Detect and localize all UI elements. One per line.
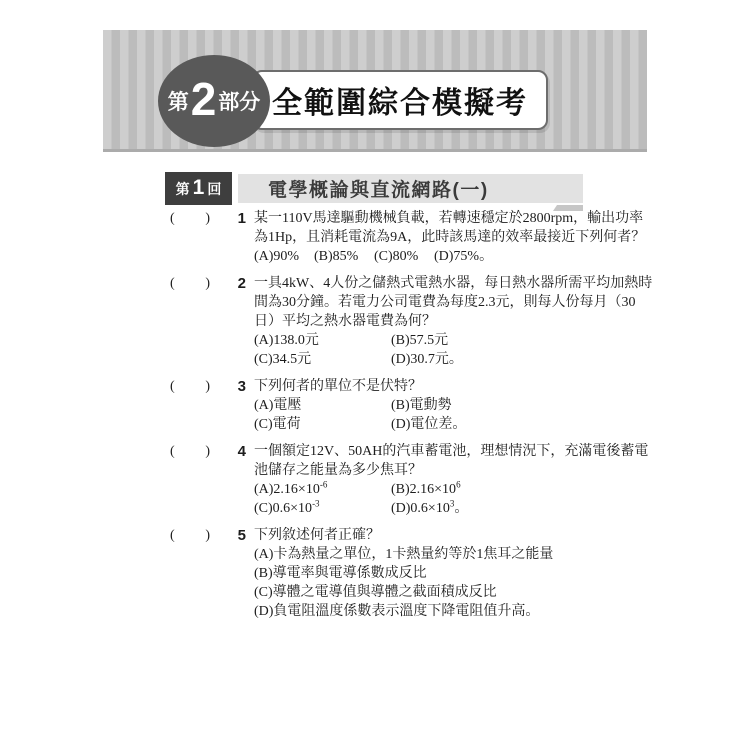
options-grid: (A)2.16×10-6(B)2.16×106(C)0.6×10-3(D)0.6… — [254, 480, 590, 518]
option: (D)負電阻溫度係數表示溫度下降電阻值升高。 — [254, 602, 590, 621]
question-text-line: 一個額定12V、50AH的汽車蓄電池，理想情況下，充滿電後蓄電 — [254, 442, 590, 461]
part-banner: 第 2 部分 全範圍綜合模擬考 — [103, 30, 647, 152]
answer-blank: () — [170, 442, 210, 461]
option: (D)電位差。 — [391, 415, 590, 434]
option: (C)34.5元 — [254, 350, 391, 369]
answer-blank-close: ) — [205, 274, 210, 293]
round-number-label: 1 — [193, 177, 205, 198]
question-text-line: 池儲存之能量為多少焦耳？ — [254, 461, 590, 480]
book-page: 第 2 部分 全範圍綜合模擬考 第 1 回 電學概論與直流網路(一) ()1某一… — [0, 0, 750, 750]
option: (D)0.6×103。 — [391, 499, 590, 518]
question-text-line: 下列敘述何者正確？ — [254, 526, 590, 545]
section-title: 電學概論與直流網路(一) — [268, 175, 489, 202]
question-row: ()5下列敘述何者正確？(A)卡為熱量之單位，1卡熱量約等於1焦耳之能量(B)導… — [170, 526, 590, 621]
option: (A)138.0元 — [254, 331, 391, 350]
answer-blank: () — [170, 377, 210, 396]
question-text-line: 間為30分鐘。若電力公司電費為每度2.3元，則每人份每月（30 — [254, 293, 590, 312]
question-body: 下列敘述何者正確？(A)卡為熱量之單位，1卡熱量約等於1焦耳之能量(B)導電率與… — [254, 526, 590, 621]
round-suffix-label: 回 — [207, 179, 221, 199]
question-body: 一具4kW、4人份之儲熱式電熱水器，每日熱水器所需平均加熱時間為30分鐘。若電力… — [254, 274, 590, 369]
option: (A)卡為熱量之單位，1卡熱量約等於1焦耳之能量 — [254, 545, 590, 564]
question-number: 1 — [224, 209, 246, 228]
options-grid: (A)138.0元(B)57.5元(C)34.5元(D)30.7元。 — [254, 331, 590, 369]
part-title: 全範圍綜合模擬考 — [272, 78, 528, 122]
question-row: ()2一具4kW、4人份之儲熱式電熱水器，每日熱水器所需平均加熱時間為30分鐘。… — [170, 274, 590, 369]
answer-blank-close: ) — [205, 526, 210, 545]
answer-blank: () — [170, 209, 210, 228]
question-body: 某一110V馬達驅動機械負載，若轉速穩定於2800rpm，輸出功率為1Hp，且消… — [254, 209, 590, 266]
answer-blank-open: ( — [170, 526, 175, 545]
option: (D)75%。 — [434, 247, 493, 266]
question-row: ()1某一110V馬達驅動機械負載，若轉速穩定於2800rpm，輸出功率為1Hp… — [170, 209, 590, 266]
option: (C)導體之電導值與導體之截面積成反比 — [254, 583, 590, 602]
part-title-box: 全範圍綜合模擬考 — [252, 70, 548, 130]
option: (A)90% — [254, 247, 314, 266]
option: (A)2.16×10-6 — [254, 480, 391, 499]
section-header: 第 1 回 電學概論與直流網路(一) — [165, 172, 583, 212]
question-row: ()3下列何者的單位不是伏特？(A)電壓(B)電動勢(C)電荷(D)電位差。 — [170, 377, 590, 434]
option: (C)0.6×10-3 — [254, 499, 391, 518]
question-number: 5 — [224, 526, 246, 545]
answer-blank-close: ) — [205, 209, 210, 228]
round-badge: 第 1 回 — [165, 172, 232, 205]
options-grid: (A)電壓(B)電動勢(C)電荷(D)電位差。 — [254, 396, 590, 434]
option: (D)30.7元。 — [391, 350, 590, 369]
round-prefix-label: 第 — [176, 179, 190, 199]
question-text-line: 一具4kW、4人份之儲熱式電熱水器，每日熱水器所需平均加熱時 — [254, 274, 590, 293]
option: (B)電動勢 — [391, 396, 590, 415]
question-body: 一個額定12V、50AH的汽車蓄電池，理想情況下，充滿電後蓄電池儲存之能量為多少… — [254, 442, 590, 518]
part-number-label: 2 — [191, 76, 217, 122]
options-row: (A)90%(B)85%(C)80%(D)75%。 — [254, 247, 590, 266]
option: (C)80% — [374, 247, 434, 266]
part-badge: 第 2 部分 — [158, 55, 270, 147]
answer-blank-open: ( — [170, 274, 175, 293]
option: (C)電荷 — [254, 415, 391, 434]
answer-blank-open: ( — [170, 377, 175, 396]
question-text-line: 下列何者的單位不是伏特？ — [254, 377, 590, 396]
answer-blank-close: ) — [205, 442, 210, 461]
option: (B)2.16×106 — [391, 480, 590, 499]
answer-blank: () — [170, 526, 210, 545]
question-number: 4 — [224, 442, 246, 461]
question-text-line: 為1Hp，且消耗電流為9A，此時該馬達的效率最接近下列何者？ — [254, 228, 590, 247]
question-number: 3 — [224, 377, 246, 396]
option: (B)導電率與電導係數成反比 — [254, 564, 590, 583]
option: (A)電壓 — [254, 396, 391, 415]
section-title-bar: 電學概論與直流網路(一) — [238, 174, 583, 203]
question-text-line: 某一110V馬達驅動機械負載，若轉速穩定於2800rpm，輸出功率 — [254, 209, 590, 228]
question-list: ()1某一110V馬達驅動機械負載，若轉速穩定於2800rpm，輸出功率為1Hp… — [170, 209, 590, 629]
question-body: 下列何者的單位不是伏特？(A)電壓(B)電動勢(C)電荷(D)電位差。 — [254, 377, 590, 434]
part-suffix-label: 部分 — [218, 86, 260, 116]
answer-blank-open: ( — [170, 209, 175, 228]
option: (B)85% — [314, 247, 374, 266]
option: (B)57.5元 — [391, 331, 590, 350]
answer-blank-close: ) — [205, 377, 210, 396]
answer-blank-open: ( — [170, 442, 175, 461]
question-row: ()4一個額定12V、50AH的汽車蓄電池，理想情況下，充滿電後蓄電池儲存之能量… — [170, 442, 590, 518]
question-text-line: 日）平均之熱水器電費為何？ — [254, 312, 590, 331]
question-number: 2 — [224, 274, 246, 293]
part-prefix-label: 第 — [168, 86, 189, 116]
answer-blank: () — [170, 274, 210, 293]
